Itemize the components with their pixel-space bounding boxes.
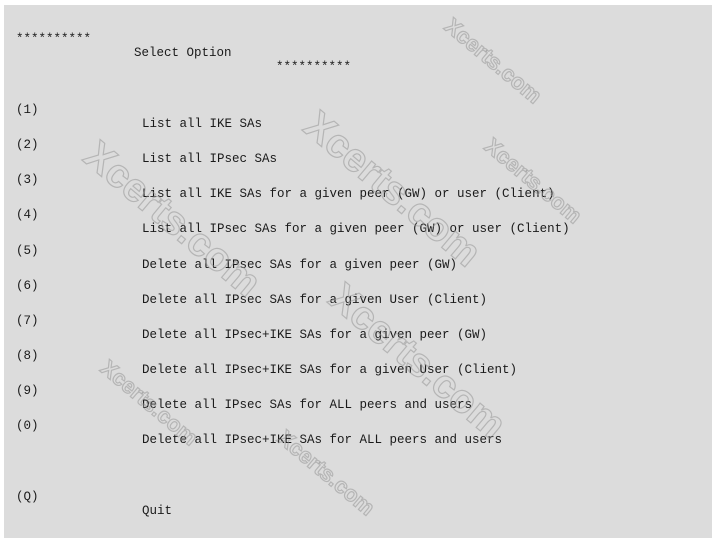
option-key: (3) [16,173,39,187]
menu-option-3[interactable]: (3) List all IKE SAs for a given peer (G… [4,159,704,177]
option-key: (Q) [16,490,39,504]
menu-title: Select Option [134,46,232,60]
option-key: (1) [16,103,39,117]
menu-option-6[interactable]: (6) Delete all IPsec SAs for a given Use… [4,265,704,283]
option-key: (2) [16,138,39,152]
option-label: Delete all IPsec+IKE SAs for ALL peers a… [142,433,502,447]
menu-option-7[interactable]: (7) Delete all IPsec+IKE SAs for a given… [4,300,704,318]
option-key: (6) [16,279,39,293]
menu-option-quit[interactable]: (Q) Quit [4,476,704,494]
watermark: Xcerts.com [479,133,587,229]
menu-option-2[interactable]: (2) List all IPsec SAs [4,124,704,142]
menu-header: ********** Select Option ********** [16,18,46,88]
menu-option-8[interactable]: (8) Delete all IPsec+IKE SAs for a given… [4,335,704,353]
terminal-menu: ********** Select Option ********** (1) … [4,5,712,538]
option-key: (9) [16,384,39,398]
header-stars-right: ********** [276,60,351,74]
header-stars-left: ********** [16,32,91,46]
option-key: (4) [16,208,39,222]
option-key: (7) [16,314,39,328]
menu-option-0[interactable]: (0) Delete all IPsec+IKE SAs for ALL pee… [4,405,704,423]
menu-option-4[interactable]: (4) List all IPsec SAs for a given peer … [4,194,704,212]
option-key: (8) [16,349,39,363]
option-key: (5) [16,244,39,258]
menu-option-5[interactable]: (5) Delete all IPsec SAs for a given pee… [4,230,704,248]
menu-option-1[interactable]: (1) List all IKE SAs [4,89,704,107]
option-key: (0) [16,419,39,433]
menu-option-9[interactable]: (9) Delete all IPsec SAs for ALL peers a… [4,370,704,388]
option-label: Quit [142,504,172,518]
